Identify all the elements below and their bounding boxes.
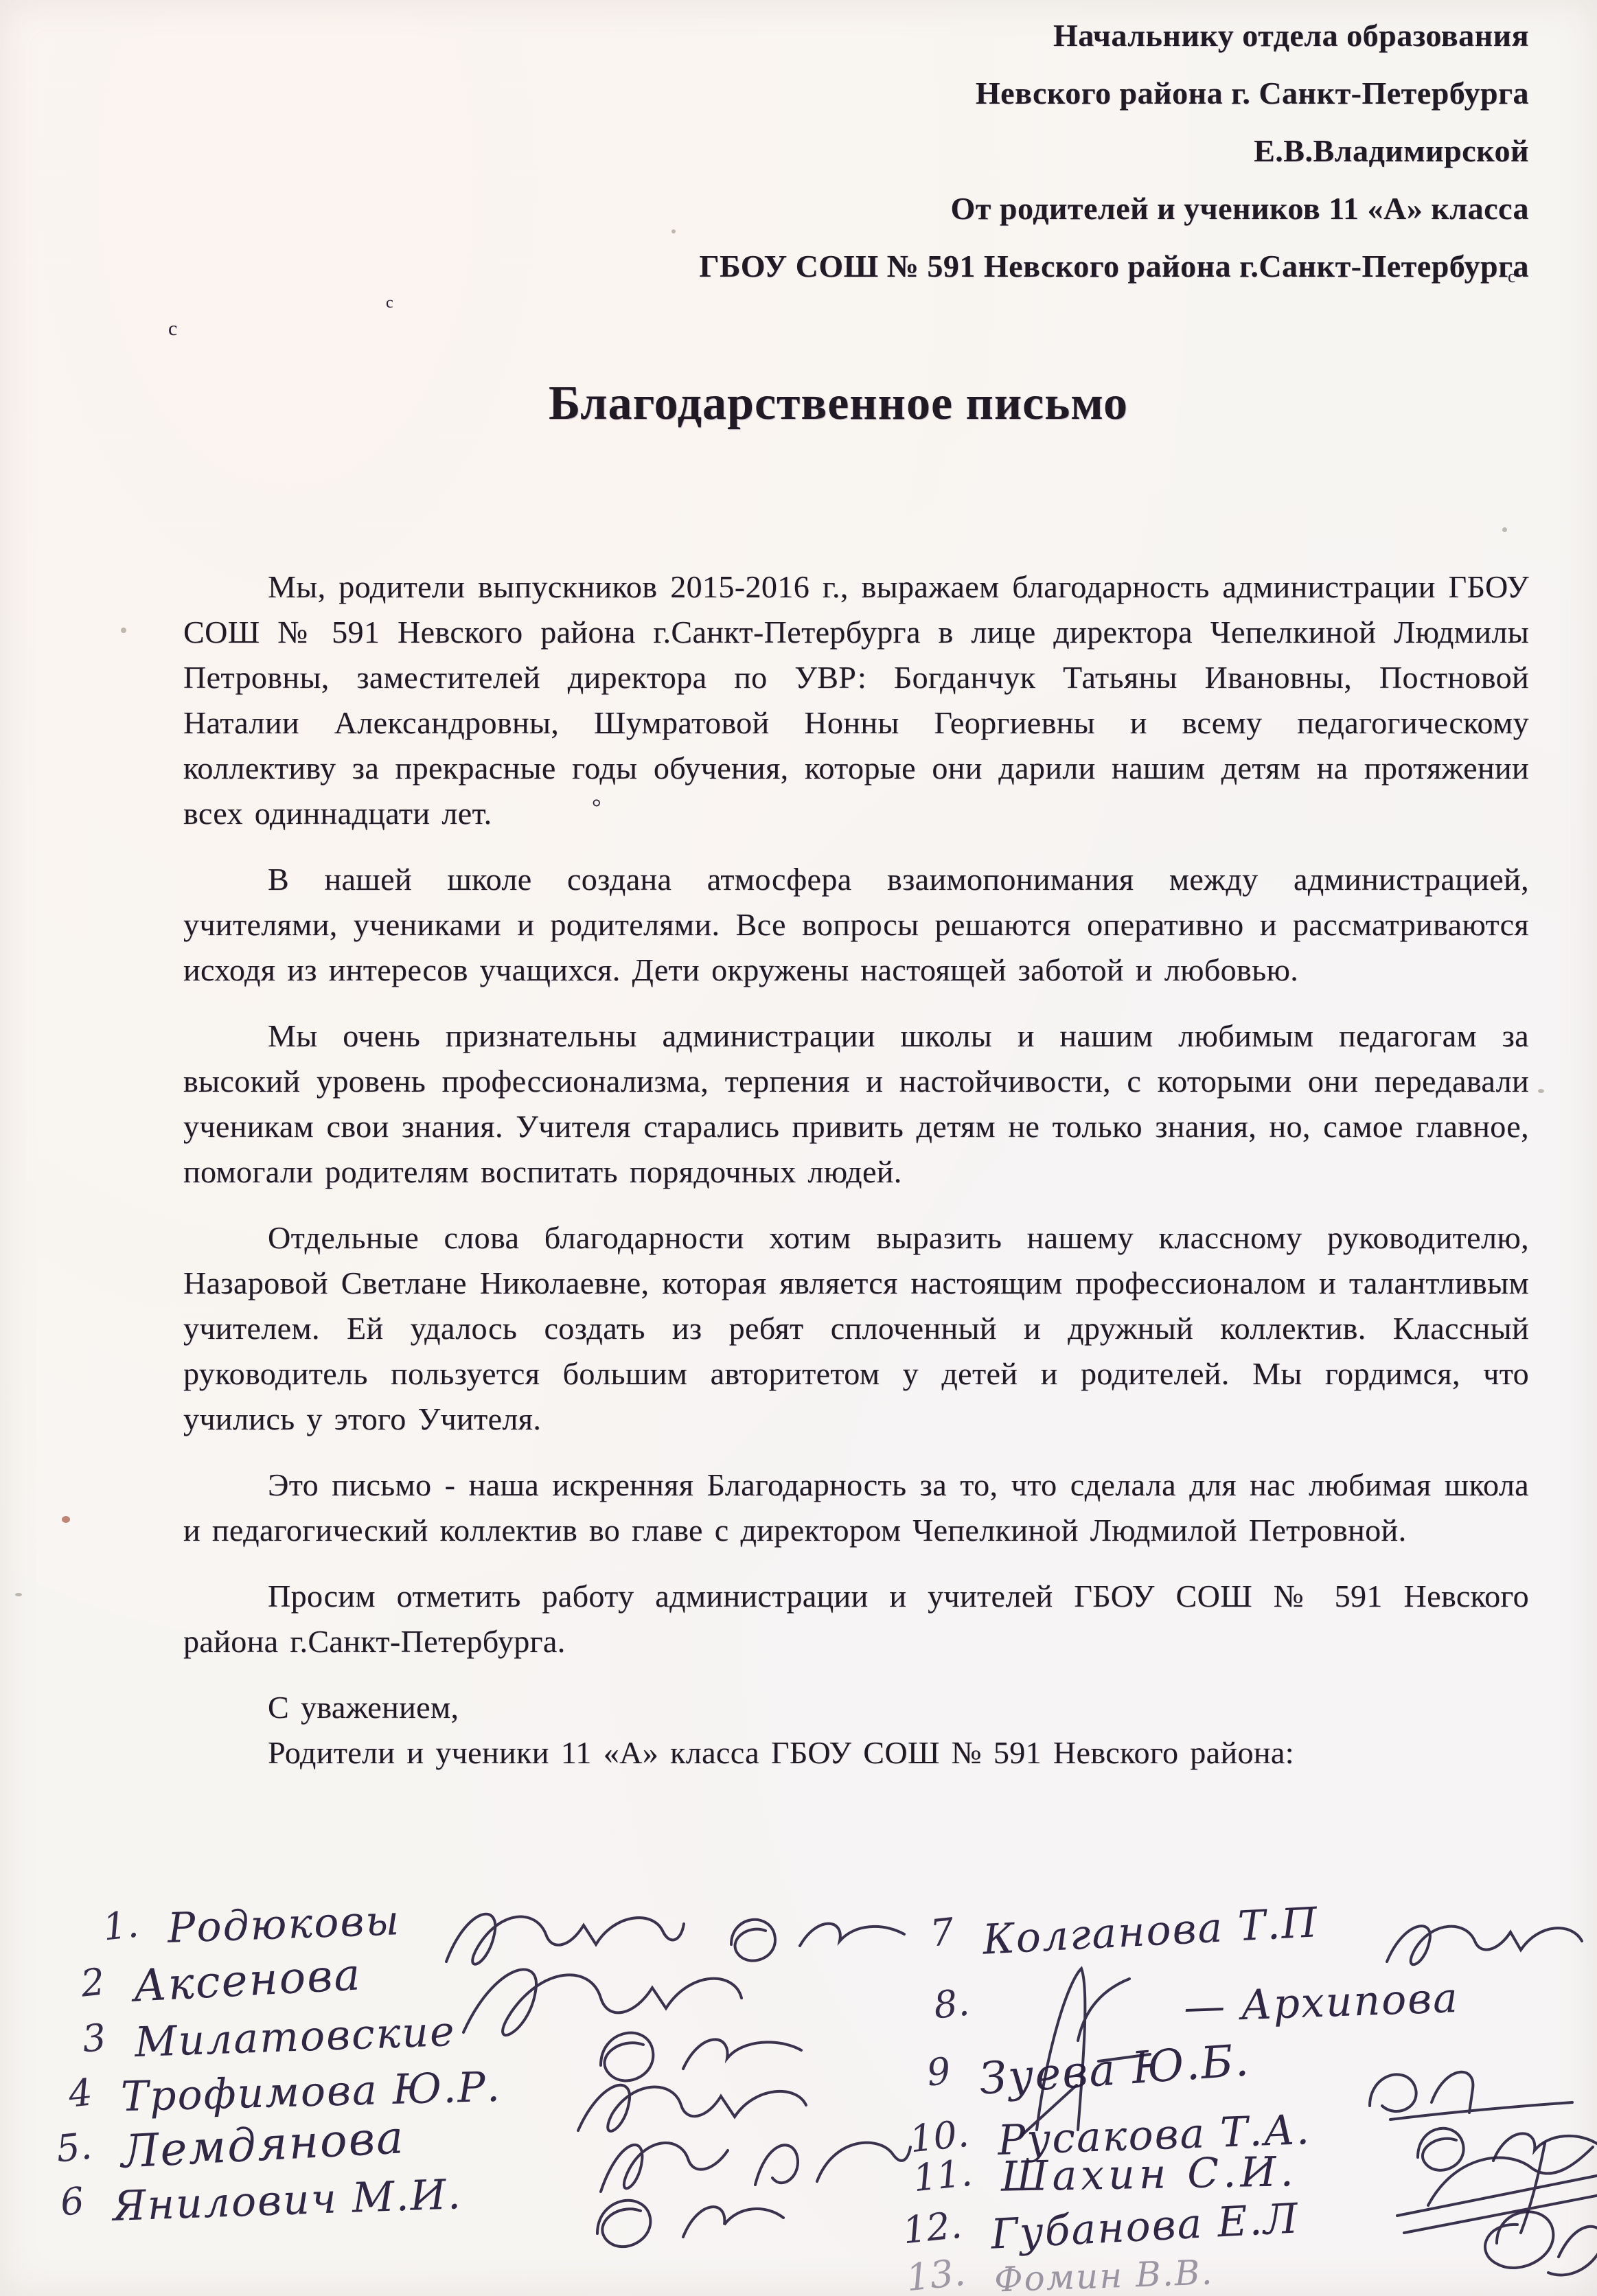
letter-title: Благодарственное письмо: [40, 376, 1597, 431]
scan-speck: [15, 1593, 22, 1596]
scan-speck: [1502, 527, 1507, 532]
signature-number: 5.: [54, 2124, 94, 2170]
signature-flourish: [1380, 1910, 1586, 1986]
signature-name: Русакова Т.А.: [997, 2106, 1311, 2165]
signature-flourish: [717, 1903, 910, 1972]
recipient-line: ГБОУ СОШ № 591 Невского района г.Санкт-П…: [568, 238, 1529, 295]
signature-flourish: [453, 1950, 748, 2074]
signature-number: 2: [79, 1960, 107, 2005]
signature-row: 8. — Архипова: [934, 1979, 1458, 2027]
signature-name: Шахин С.И.: [1000, 2148, 1298, 2201]
paragraph: Мы очень признательны администрации школ…: [183, 1013, 1529, 1195]
signature-row: 3 Милатовские: [82, 2013, 456, 2061]
scan-artifact-mark: c: [168, 317, 177, 341]
signature-row: 7 Колганова Т.П: [930, 1907, 1319, 1955]
signature-number: 11.: [911, 2151, 974, 2201]
signature-flourish: [439, 1896, 687, 1993]
recipient-line: Начальнику отдела образования: [568, 7, 1529, 65]
signature-number: 13.: [904, 2251, 967, 2296]
signature-name: — Архипова: [1182, 1974, 1459, 2032]
signature-flourish: [1387, 2137, 1597, 2240]
signature-name: Родюковы: [166, 1896, 400, 1953]
paragraph: Это письмо - наша искренняя Благодарност…: [183, 1462, 1529, 1553]
scan-artifact-mark: c: [386, 294, 393, 312]
signature-flourish: [580, 2175, 786, 2271]
signature-row: 12. Губанова Е.Л: [903, 2203, 1299, 2251]
paragraph: В нашей школе создана атмосфера взаимопо…: [183, 857, 1529, 993]
signature-flourish: [1404, 2109, 1597, 2192]
recipient-line: Невского района г. Санкт-Петербурга: [568, 65, 1529, 122]
signature-name: Янилович М.И.: [112, 2170, 463, 2231]
scan-speck: [121, 628, 126, 633]
signature-flourish: [580, 2010, 807, 2106]
signature-row: 10. Русакова Т.А.: [910, 2111, 1311, 2159]
signature-name: Милатовские: [134, 2008, 457, 2067]
paragraph: Просим отметить работу администрации и у…: [183, 1574, 1529, 1664]
signature-number: 4: [67, 2070, 95, 2115]
signature-number: 6: [58, 2179, 87, 2224]
closing-signatories-line: Родители и ученики 11 «А» класса ГБОУ СО…: [183, 1730, 1529, 1776]
signature-flourish: [570, 2065, 810, 2161]
signature-number: 7: [928, 1909, 956, 1955]
signature-flourish: [1009, 1958, 1153, 2144]
signature-number: 8.: [932, 1980, 972, 2027]
signature-flourish: [590, 2116, 913, 2226]
paragraph: Отдельные слова благодарности хотим выра…: [183, 1215, 1529, 1442]
scan-speck: [1538, 1089, 1544, 1093]
closing-salutation: С уважением,: [183, 1685, 1529, 1730]
signature-row: 2 Аксенова: [81, 1955, 362, 2006]
scan-speck: [671, 229, 676, 233]
signature-row: 5. Лемдянова: [56, 2118, 404, 2171]
signature-name: Фомин В.В.: [993, 2252, 1214, 2296]
recipient-line: Е.В.Владимирской: [568, 122, 1529, 180]
signature-row: 9 Зуева Ю.Б.: [927, 2045, 1250, 2096]
recipient-block: Начальнику отдела образования Невского р…: [568, 7, 1529, 295]
signature-name: Трофимова Ю.Р.: [121, 2063, 503, 2121]
signature-name: Зуева Ю.Б.: [978, 2035, 1252, 2104]
paragraph: Мы, родители выпускников 2015-2016 г., в…: [183, 564, 1529, 836]
signature-name: Колганова Т.П: [982, 1898, 1320, 1964]
signature-number: 12.: [901, 2203, 964, 2253]
signature-number: 9: [925, 2049, 953, 2094]
signature-row: 1. Родюковы: [103, 1901, 400, 1949]
signature-row: 6 Янилович М.И.: [60, 2177, 462, 2225]
signature-name: Аксенова: [133, 1949, 363, 2012]
signature-flourish: [1432, 2192, 1597, 2295]
scanned-letter-page: Начальнику отдела образования Невского р…: [0, 0, 1597, 2296]
scan-artifact-mark: °: [592, 795, 601, 821]
signature-number: 3: [80, 2015, 108, 2060]
signature-row: 13. Фомин В.В.: [906, 2253, 1213, 2296]
signature-name: Лемдянова: [119, 2111, 406, 2179]
signature-number: 10.: [908, 2112, 971, 2161]
recipient-line: От родителей и учеников 11 «А» класса: [568, 180, 1529, 238]
scan-speck: [62, 1516, 70, 1523]
signature-row: 4 Трофимова Ю.Р.: [69, 2068, 501, 2116]
signature-number: 1.: [101, 1902, 141, 1949]
signature-row: 11. Шахин С.И.: [913, 2150, 1298, 2199]
signature-name: Губанова Е.Л: [989, 2194, 1300, 2258]
scan-artifact-mark: c: [1508, 266, 1516, 287]
letter-body: Мы, родители выпускников 2015-2016 г., в…: [183, 564, 1529, 1776]
signature-flourish: [1349, 2047, 1576, 2130]
